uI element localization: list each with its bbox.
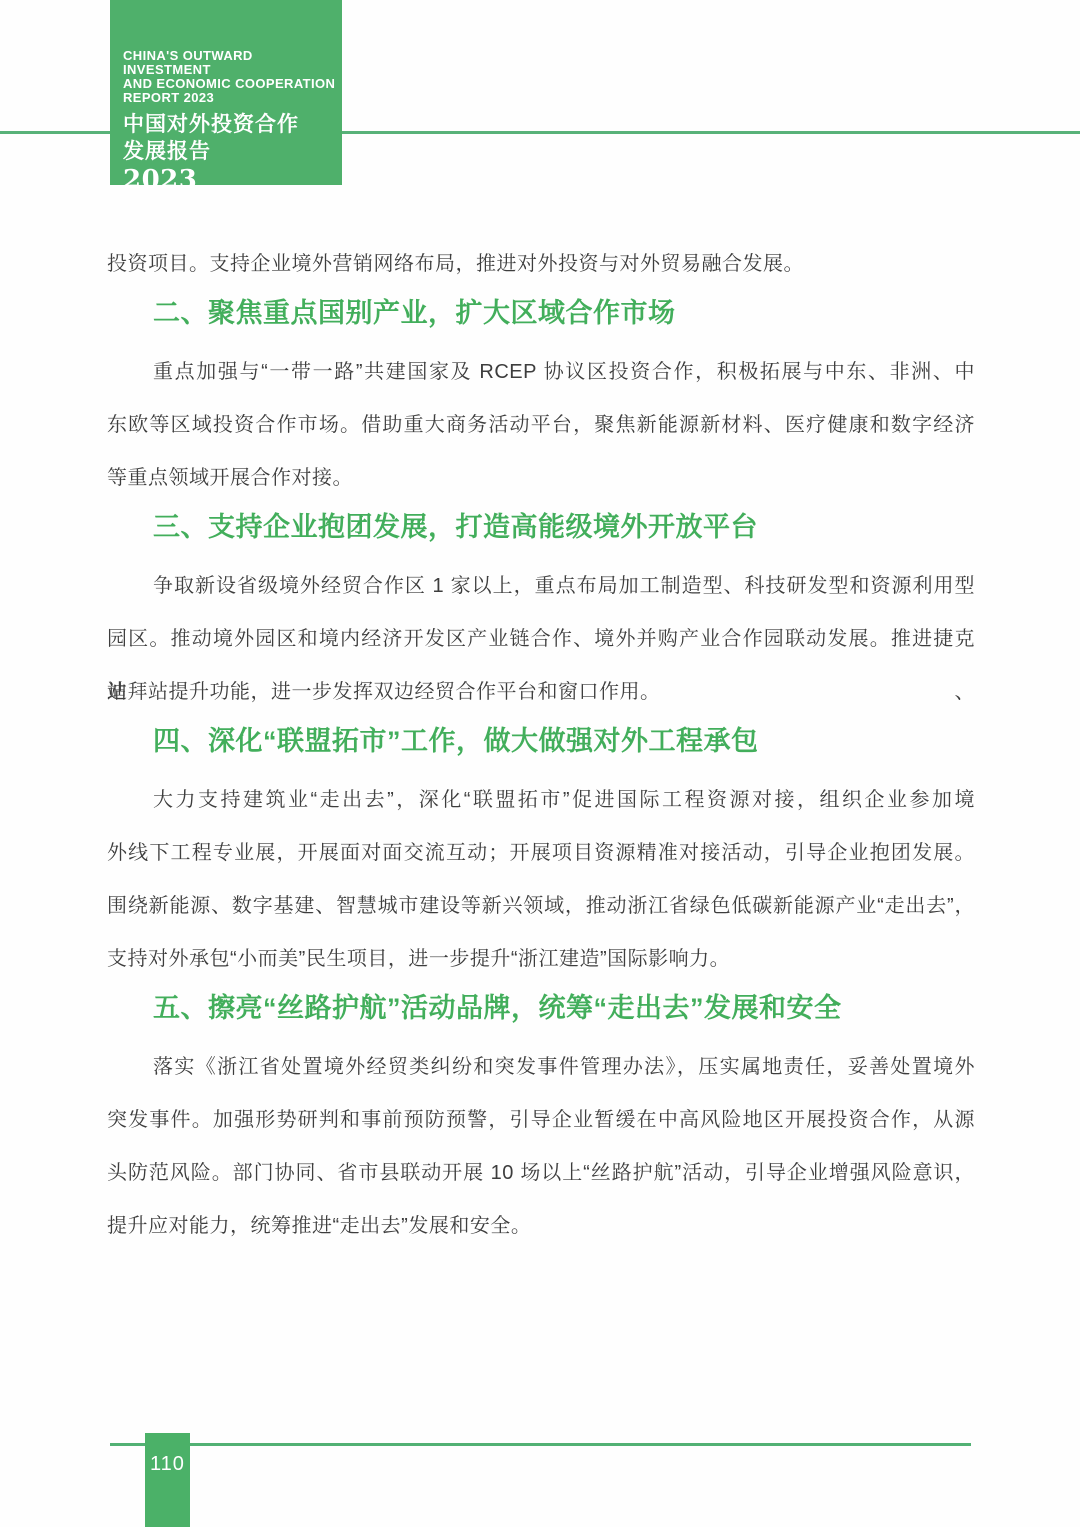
brand-title-zh-line2: 发展报告 <box>123 138 342 165</box>
brand-title-en-line2: AND ECONOMIC COOPERATION <box>123 77 342 91</box>
brand-title-zh-line1: 中国对外投资合作 <box>123 111 342 138</box>
body-line: 大力支持建筑业“走出去”，深化“联盟拓市”促进国际工程资源对接，组织企业参加境 <box>107 774 975 827</box>
body-line: 外线下工程专业展，开展面对面交流互动；开展项目资源精准对接活动，引导企业抱团发展… <box>107 827 975 880</box>
brand-title-zh: 中国对外投资合作 发展报告 <box>123 111 342 165</box>
section-heading-5: 五、擦亮“丝路护航”活动品牌，统筹“走出去”发展和安全 <box>107 982 975 1035</box>
body-line: 支持对外承包“小而美”民生项目，进一步提升“浙江建造”国际影响力。 <box>107 933 975 986</box>
footer-rule <box>110 1443 971 1446</box>
brand-title-en-line3: REPORT 2023 <box>123 91 342 105</box>
body-line: 争取新设省级境外经贸合作区 1 家以上，重点布局加工制造型、科技研发型和资源利用… <box>107 560 975 613</box>
body-line: 头防范风险。部门协同、省市县联动开展 10 场以上“丝路护航”活动，引导企业增强… <box>107 1147 975 1200</box>
report-page: CHINA'S OUTWARD INVESTMENT AND ECONOMIC … <box>0 0 1080 1527</box>
section-heading-3: 三、支持企业抱团发展，打造高能级境外开放平台 <box>107 501 975 554</box>
section-heading-2: 二、聚焦重点国别产业，扩大区域合作市场 <box>107 287 975 340</box>
body-line: 围绕新能源、数字基建、智慧城市建设等新兴领域，推动浙江省绿色低碳新能源产业“走出… <box>107 880 975 933</box>
page-number-badge: 110 <box>145 1433 190 1527</box>
page-number: 110 <box>150 1453 185 1475</box>
body-line: 园区。推动境外园区和境内经济开发区产业链合作、境外并购产业合作园联动发展。推进捷… <box>107 613 975 666</box>
brand-year: 2023 <box>123 165 342 195</box>
section-heading-4: 四、深化“联盟拓市”工作，做大做强对外工程承包 <box>107 715 975 768</box>
body-line: 等重点领域开展合作对接。 <box>107 452 975 505</box>
body-line: 投资项目。支持企业境外营销网络布局，推进对外投资与对外贸易融合发展。 <box>107 238 975 291</box>
brand-title-en: CHINA'S OUTWARD INVESTMENT AND ECONOMIC … <box>123 49 342 105</box>
report-brand-box: CHINA'S OUTWARD INVESTMENT AND ECONOMIC … <box>110 0 342 185</box>
body-line: 提升应对能力，统筹推进“走出去”发展和安全。 <box>107 1200 975 1253</box>
page-content: 投资项目。支持企业境外营销网络布局，推进对外投资与对外贸易融合发展。 二、聚焦重… <box>107 238 975 1253</box>
brand-title-en-line1: CHINA'S OUTWARD INVESTMENT <box>123 49 342 77</box>
body-line: 重点加强与“一带一路”共建国家及 RCEP 协议区投资合作，积极拓展与中东、非洲… <box>107 346 975 399</box>
body-line: 落实《浙江省处置境外经贸类纠纷和突发事件管理办法》，压实属地责任，妥善处置境外 <box>107 1041 975 1094</box>
body-line: 东欧等区域投资合作市场。借助重大商务活动平台，聚焦新能源新材料、医疗健康和数字经… <box>107 399 975 452</box>
body-line: 突发事件。加强形势研判和事前预防预警，引导企业暂缓在中高风险地区开展投资合作，从… <box>107 1094 975 1147</box>
